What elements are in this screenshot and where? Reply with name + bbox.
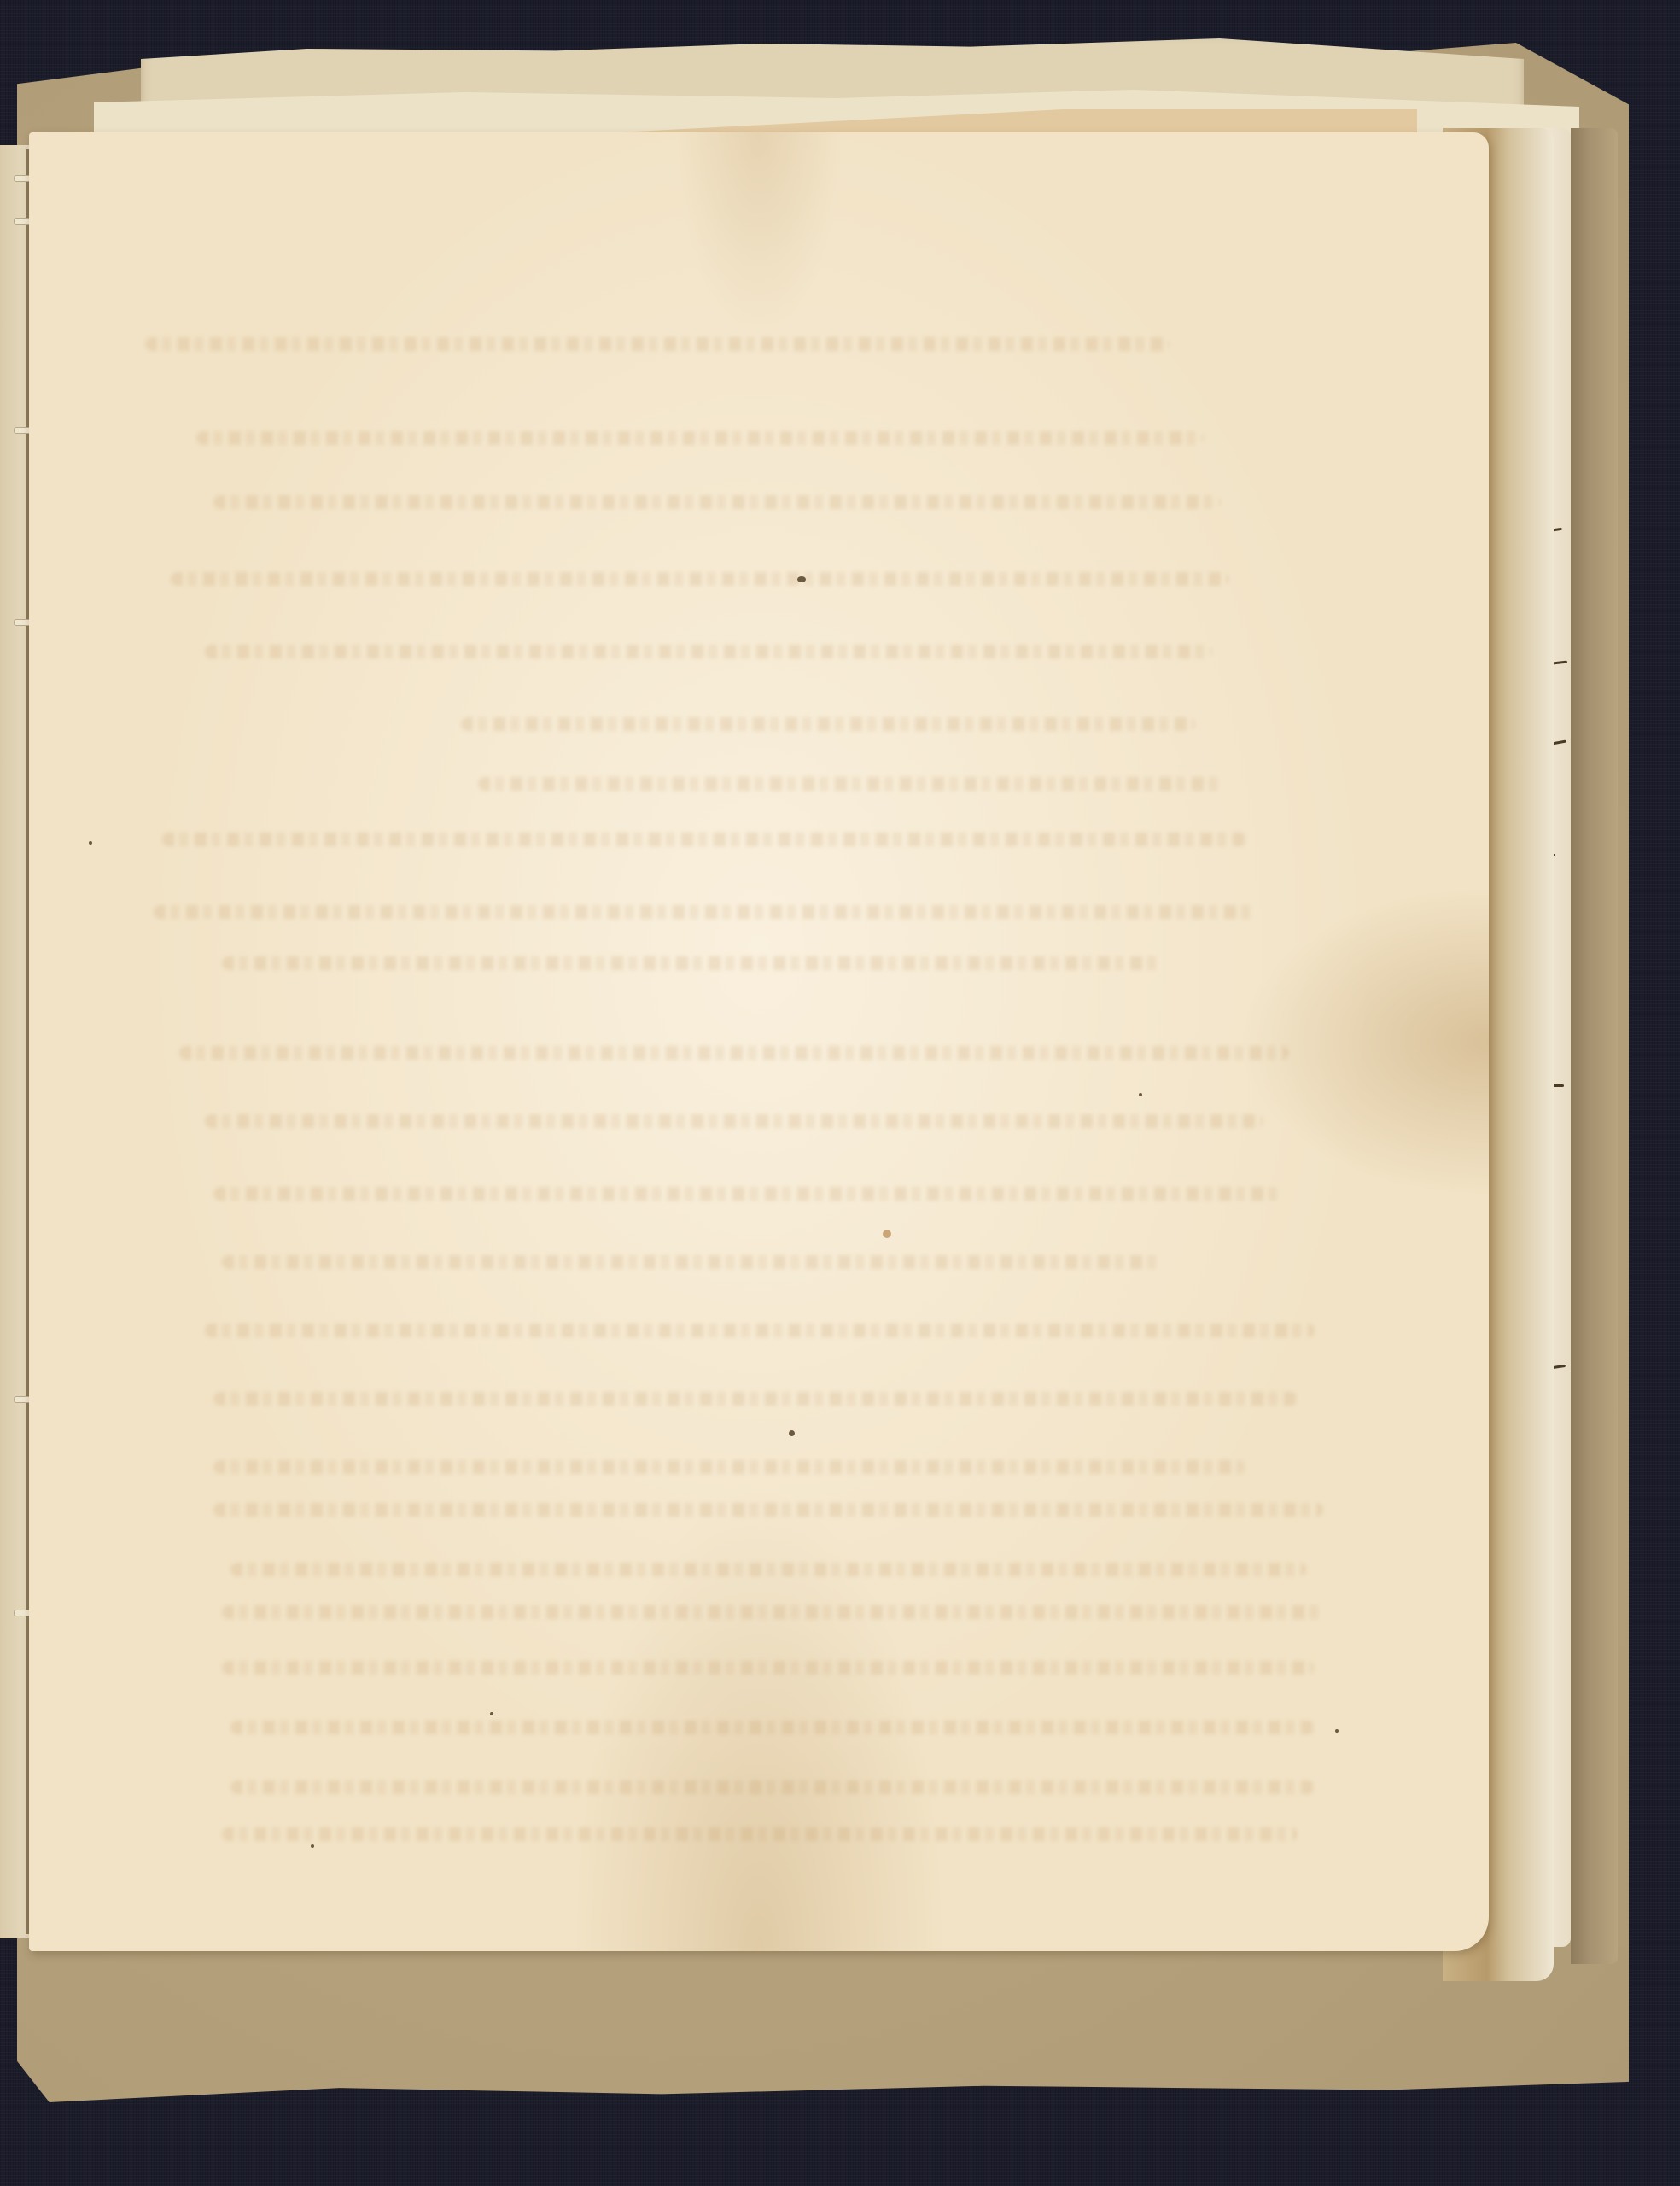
bleed-through-line xyxy=(230,1721,1315,1734)
binding-conjugate-leaf xyxy=(0,145,29,1938)
bleed-through-line xyxy=(230,1780,1315,1794)
bleed-through-line xyxy=(205,1114,1263,1128)
bleed-through-line xyxy=(213,1503,1323,1517)
bleed-through-line xyxy=(222,1255,1161,1269)
bleed-through-line xyxy=(461,717,1195,731)
bleed-through-line xyxy=(213,1460,1246,1474)
bleed-through-line xyxy=(154,905,1255,919)
bleed-through-line xyxy=(213,1187,1280,1201)
bleed-through-line xyxy=(145,337,1170,351)
bleed-through-line xyxy=(213,495,1221,509)
bleed-through-line xyxy=(222,956,1161,970)
bleed-through-line xyxy=(222,1661,1315,1675)
bleed-through-line xyxy=(222,1605,1323,1619)
blank-verso-page xyxy=(29,132,1489,1951)
bleed-through-line xyxy=(162,833,1246,846)
bleed-through-line xyxy=(179,1046,1289,1060)
bleed-through-line xyxy=(171,572,1229,586)
bleed-through-line xyxy=(196,431,1204,445)
right-edge-board-leaf xyxy=(1571,128,1618,1964)
bleed-through-line xyxy=(230,1563,1306,1576)
bleed-through-line xyxy=(478,777,1221,791)
bleed-through-line xyxy=(205,645,1212,658)
bleed-through-line xyxy=(222,1827,1298,1841)
bleed-through-line xyxy=(213,1392,1298,1406)
bleed-through-line xyxy=(205,1324,1315,1337)
